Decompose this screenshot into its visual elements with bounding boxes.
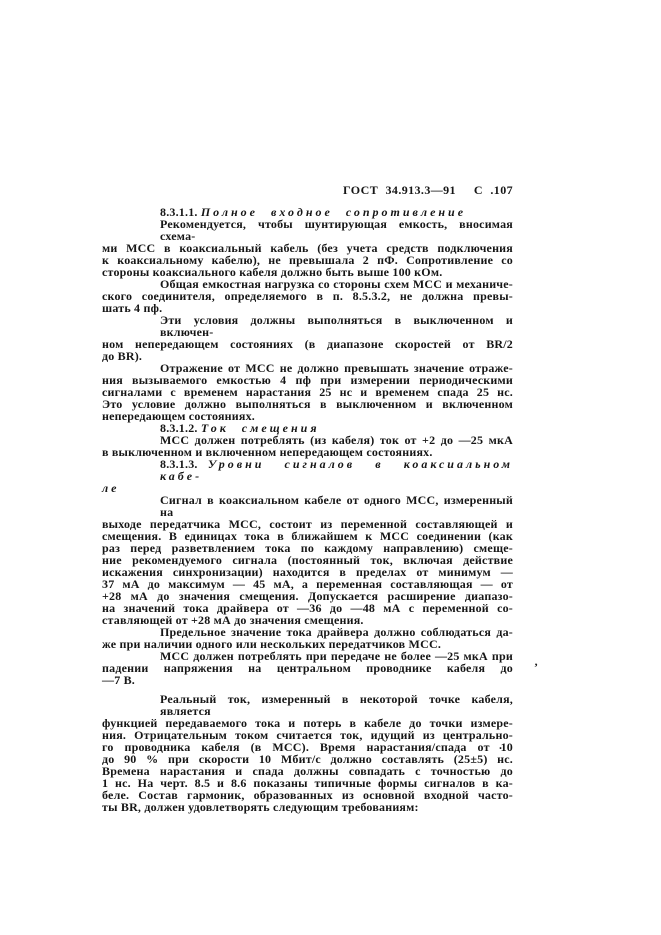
- text-line: —7 В.: [102, 674, 513, 686]
- text-line: Реальный ток, измеренный в некоторой точ…: [102, 693, 513, 717]
- heading-title: ле: [102, 481, 119, 495]
- text-line: Рекомендуется, чтобы шунтирующая емкость…: [102, 218, 513, 242]
- scan-speck: .: [499, 740, 502, 750]
- text-line: ты BR, должен удовлетворять следующим тр…: [102, 801, 513, 813]
- paragraph: Общая емкостная нагрузка со стороны схем…: [102, 278, 513, 314]
- running-header: ГОСТ 34.913.3—91С .107: [102, 184, 513, 196]
- paragraph: МСС должен потреблять при передаче не бо…: [102, 650, 513, 686]
- text-line: 8.3.1.3. Уровни сигналов в коаксиальном …: [102, 458, 513, 482]
- scanned-document-page: ГОСТ 34.913.3—91С .107 8.3.1.1. Полное в…: [0, 0, 661, 935]
- paragraph: Рекомендуется, чтобы шунтирующая емкость…: [102, 218, 513, 278]
- text-line: ном непередающем состояниях (в диапазоне…: [102, 338, 513, 350]
- standard-number: ГОСТ 34.913.3—91: [343, 183, 456, 197]
- paragraph: Предельное значение тока драйвера должно…: [102, 626, 513, 650]
- paragraph: Отражение от МСС не должно превышать зна…: [102, 362, 513, 422]
- text-column: ГОСТ 34.913.3—91С .107 8.3.1.1. Полное в…: [102, 184, 513, 813]
- paragraph: Реальный ток, измеренный в некоторой точ…: [102, 693, 513, 813]
- scan-speck: ’: [534, 662, 538, 672]
- heading-title: Уровни сигналов в коаксиальном кабе-: [160, 457, 513, 483]
- paragraph: Сигнал в коаксиальном кабеле от одного М…: [102, 494, 513, 626]
- paragraph: МСС должен потреблять (из кабеля) ток от…: [102, 434, 513, 458]
- text-line: ского соединителя, определяемого в п. 8.…: [102, 290, 513, 302]
- paragraph: Эти условия должны выполняться в выключе…: [102, 314, 513, 362]
- section-heading: 8.3.1.3. Уровни сигналов в коаксиальном …: [102, 458, 513, 494]
- page-number: С .107: [474, 184, 513, 196]
- text-line: Эти условия должны выполняться в выключе…: [102, 314, 513, 338]
- text-line: падении напряжения на центральном провод…: [102, 662, 513, 674]
- text-line: Сигнал в коаксиальном кабеле от одного М…: [102, 494, 513, 518]
- content-blocks: 8.3.1.1. Полное входное сопротивлениеРек…: [102, 206, 513, 813]
